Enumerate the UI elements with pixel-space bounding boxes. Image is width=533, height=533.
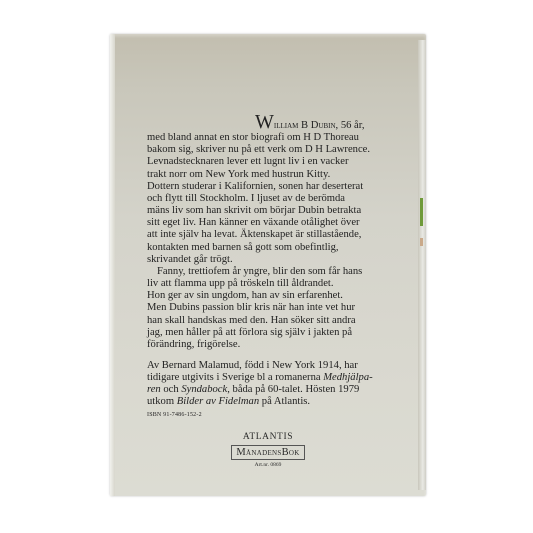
text-line: förändring, frigörelse.	[147, 339, 415, 351]
text-line: mäns liv som han skrivit om börjar Dubin…	[147, 205, 415, 217]
text-line: bakom sig, skriver nu på ett verk om D H…	[147, 144, 415, 156]
text-line: kontakten med barnen så gott som obefint…	[147, 242, 415, 254]
publisher-name: ATLANTIS	[110, 432, 426, 442]
text-line: skrivandet går trögt.	[147, 254, 415, 266]
article-number: Art.nr. 0869	[110, 462, 426, 468]
publisher-block: ATLANTIS MånadensBok Art.nr. 0869	[110, 432, 426, 468]
book-title: Bilder av Fidelman	[177, 396, 259, 407]
text-line: att inte själv ha levat. Äktenskapet är …	[147, 229, 415, 241]
drop-cap: W	[255, 111, 274, 133]
text-line: liv att flamma upp på tröskeln till åldr…	[147, 278, 415, 290]
text-line: , 56 år,	[336, 120, 365, 131]
text-line: han skall handskas med den. Han söker si…	[147, 315, 415, 327]
text-line: jag, men håller på att förlora sig själv…	[147, 327, 415, 339]
text-line: Levnadstecknaren lever ett lugnt liv i e…	[147, 156, 415, 168]
text-line: Fanny, trettiofem år yngre, blir den som…	[147, 266, 415, 278]
cover-edge	[418, 40, 426, 490]
book-club-logo: MånadensBok	[231, 445, 304, 460]
text-line: ren och Syndabock, båda på 60-talet. Hös…	[147, 384, 415, 396]
author-name-smallcaps: illiam B Dubin	[274, 120, 336, 131]
book-back-cover: William B Dubin, 56 år, med bland annat …	[110, 34, 426, 496]
author-bio: Av Bernard Malamud, född i New York 1914…	[147, 360, 415, 409]
text-line: sitt eget liv. Han känner en växande otå…	[147, 217, 415, 229]
text-line: Men Dubins passion blir kris när han int…	[147, 302, 415, 314]
book-title: ren	[147, 384, 161, 395]
blurb-text: William B Dubin, 56 år, med bland annat …	[147, 116, 415, 421]
text-line: tidigare utgivits i Sverige bl a romaner…	[147, 372, 415, 384]
tan-edge-mark	[420, 238, 423, 246]
text-line: med bland annat en stor biografi om H D …	[147, 132, 415, 144]
book-title: Syndabock	[181, 384, 227, 395]
text-line: och flytt till Stockholm. I ljuset av de…	[147, 193, 415, 205]
text-line: utkom Bilder av Fidelman på Atlantis.	[147, 396, 415, 408]
book-title: Medhjälpa-	[323, 372, 372, 383]
first-line: William B Dubin, 56 år,	[147, 116, 415, 132]
isbn: ISBN 91-7486-152-2	[147, 409, 415, 421]
text-line: Dottern studerar i Kalifornien, sonen ha…	[147, 181, 415, 193]
green-edge-mark	[420, 198, 423, 226]
text-line: trakt norr om New York med hustrun Kitty…	[147, 169, 415, 181]
text-line: Hon ger av sin ungdom, han av sin erfare…	[147, 290, 415, 302]
text-line: Av Bernard Malamud, född i New York 1914…	[147, 360, 415, 372]
